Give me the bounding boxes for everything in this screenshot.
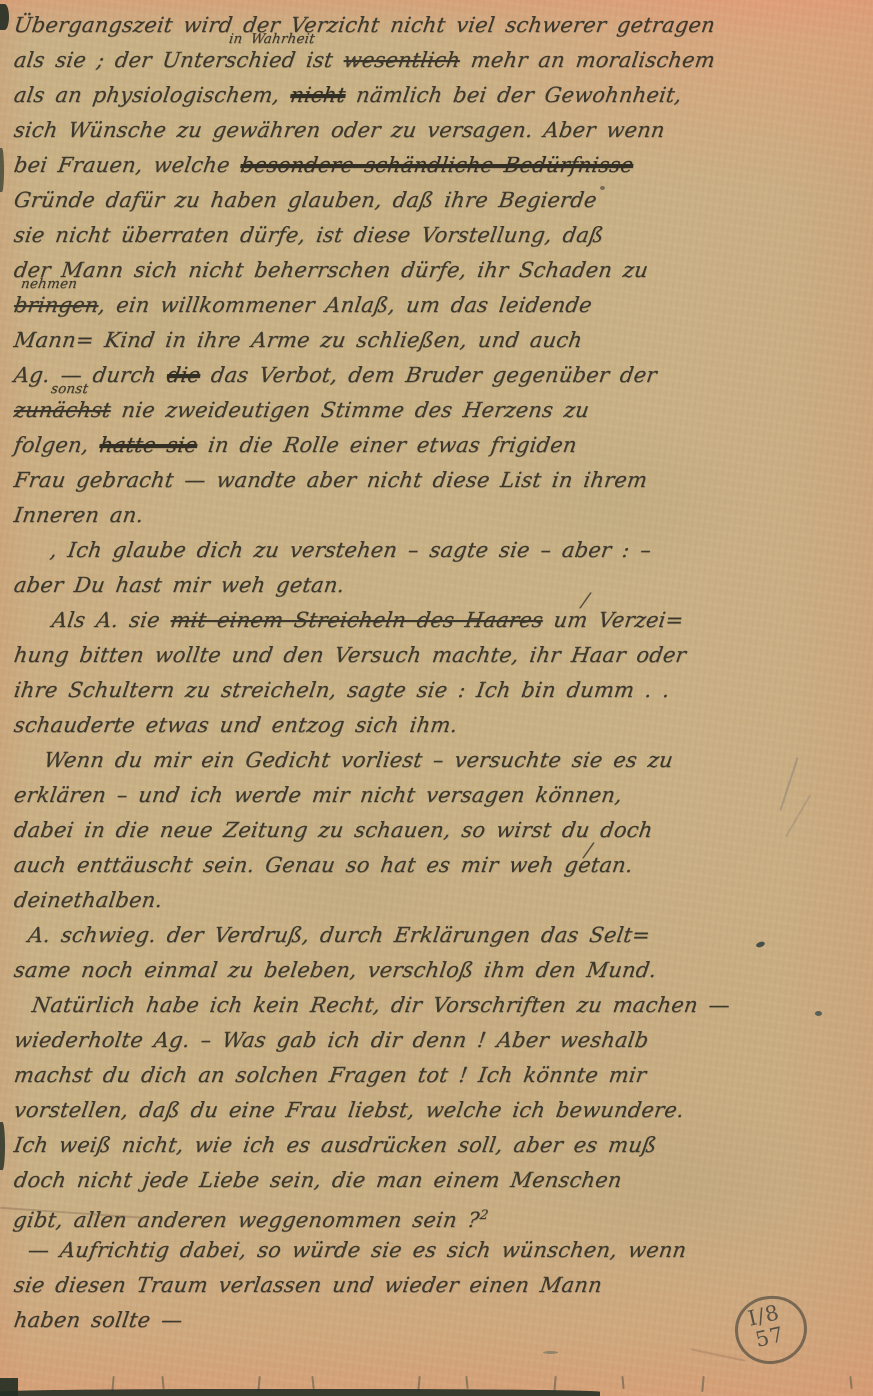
handwritten-text: nämlich bei der Gewohnheit,	[344, 83, 684, 107]
pencil-tick-mark	[465, 1376, 468, 1389]
handwritten-line: Gründe dafür zu haben glauben, daß ihre …	[12, 183, 837, 218]
handwritten-text: Übergangszeit wird der Verzicht nicht vi…	[12, 13, 716, 37]
handwritten-line: wiederholte Ag. – Was gab ich dir denn !…	[12, 1023, 837, 1058]
handwritten-line: aber Du hast mir weh getan.	[12, 568, 837, 603]
handwritten-line: der Mann sich nicht beherrschen dürfe, i…	[12, 253, 837, 288]
interlinear-insertion: nehmen	[20, 278, 78, 291]
handwritten-line: deinethalben.	[12, 883, 837, 918]
handwritten-text: Ich weiß nicht, wie ich es ausdrücken so…	[12, 1133, 658, 1157]
handwritten-line: folgen, hatte sie in die Rolle einer etw…	[12, 428, 837, 463]
handwritten-line: zunächst nie zweideutigen Stimme des Her…	[12, 393, 837, 428]
handwritten-text: doch nicht jede Liebe sein, die man eine…	[12, 1168, 623, 1192]
handwritten-line: Als A. sie mit einem Streicheln des Haar…	[12, 603, 837, 638]
handwritten-text: bei Frauen, welche	[12, 153, 242, 177]
scan-edge-artifact	[0, 1389, 600, 1396]
handwritten-text: Ag. — durch	[12, 363, 168, 387]
handwritten-text: , ein willkommener Anlaß, um das leidend…	[97, 293, 594, 317]
interlinear-insertion: sonst	[50, 383, 89, 396]
pencil-tick-mark	[311, 1376, 314, 1389]
handwritten-line: sich Wünsche zu gewähren oder zu versage…	[12, 113, 837, 148]
handwritten-text: auch enttäuscht sein. Genau so hat es mi…	[12, 853, 634, 877]
handwritten-line: Ich weiß nicht, wie ich es ausdrücken so…	[12, 1128, 837, 1163]
handwritten-line: Inneren an.	[12, 498, 837, 533]
struck-text: hatte sie	[98, 433, 199, 457]
paper-speck	[600, 186, 605, 190]
scan-edge-artifact	[0, 1122, 5, 1170]
interlinear-insertion: in Wahrheit	[228, 33, 316, 46]
handwritten-text: als an physiologischem,	[12, 83, 292, 107]
struck-text: besondere schändliche Bedürfnisse	[239, 153, 635, 177]
handwritten-line: Übergangszeit wird der Verzicht nicht vi…	[12, 8, 837, 43]
handwritten-line: bei Frauen, welche besondere schändliche…	[12, 148, 837, 183]
handwritten-text: dabei in die neue Zeitung zu schauen, so…	[12, 818, 654, 842]
handwritten-text: folgen,	[12, 433, 101, 457]
struck-text: wesentlich	[342, 48, 462, 72]
handwritten-text: same noch einmal zu beleben, verschloß i…	[12, 958, 658, 982]
struck-text: mit einem Streicheln des Haares	[169, 608, 545, 632]
handwritten-line: hung bitten wollte und den Versuch macht…	[12, 638, 837, 673]
handwritten-line: doch nicht jede Liebe sein, die man eine…	[12, 1163, 837, 1198]
struck-text: nicht	[289, 83, 347, 107]
handwritten-text: nie zweideutigen Stimme des Herzens zu	[109, 398, 591, 422]
handwritten-line: ihre Schultern zu streicheln, sagte sie …	[12, 673, 837, 708]
struck-text: zunächst	[12, 398, 112, 422]
handwritten-text: schauderte etwas und entzog sich ihm.	[12, 713, 459, 737]
handwritten-line: sie diesen Traum verlassen und wieder ei…	[12, 1268, 837, 1303]
handwritten-text: vorstellen, daß du eine Frau liebst, wel…	[12, 1098, 685, 1122]
handwritten-line: A. schwieg. der Verdruß, durch Erklärung…	[12, 918, 837, 953]
handwritten-text: der Mann sich nicht beherrschen dürfe, i…	[12, 258, 649, 282]
handwritten-line: sie nicht überraten dürfe, ist diese Vor…	[12, 218, 837, 253]
paper-crease	[690, 1348, 745, 1362]
handwritten-line: Wenn du mir ein Gedicht vorliest – versu…	[12, 743, 837, 778]
handwritten-text: sie nicht überraten dürfe, ist diese Vor…	[12, 223, 605, 247]
handwritten-text: hung bitten wollte und den Versuch macht…	[12, 643, 687, 667]
handwritten-line: schauderte etwas und entzog sich ihm.	[12, 708, 837, 743]
handwritten-line: als sie ; der Unterschied ist wesentlich…	[12, 43, 837, 78]
handwritten-text: sich Wünsche zu gewähren oder zu versage…	[12, 118, 666, 142]
handwritten-text: Frau gebracht — wandte aber nicht diese …	[12, 468, 649, 492]
pencil-tick-mark	[701, 1376, 704, 1392]
scan-edge-artifact	[0, 148, 4, 192]
handwritten-line: same noch einmal zu beleben, verschloß i…	[12, 953, 837, 988]
paper-speck	[815, 1011, 822, 1016]
handwritten-line: dabei in die neue Zeitung zu schauen, so…	[12, 813, 837, 848]
handwritten-text: um Verzei=	[541, 608, 685, 632]
handwritten-text: haben sollte —	[12, 1308, 184, 1332]
pencil-tick-mark	[621, 1376, 624, 1389]
handwritten-text: Wenn du mir ein Gedicht vorliest – versu…	[42, 748, 674, 772]
handwritten-text: Als A. sie	[50, 608, 172, 632]
handwritten-line: Frau gebracht — wandte aber nicht diese …	[12, 463, 837, 498]
handwritten-text: ihre Schultern zu streicheln, sagte sie …	[12, 678, 671, 702]
handwritten-line: Mann= Kind in ihre Arme zu schließen, un…	[12, 323, 837, 358]
handwritten-text: Mann= Kind in ihre Arme zu schließen, un…	[12, 328, 584, 352]
handwritten-line: — Aufrichtig dabei, so würde sie es sich…	[12, 1233, 837, 1268]
handwritten-text: das Verbot, dem Bruder gegenüber der	[199, 363, 659, 387]
handwritten-text: Natürlich habe ich kein Recht, dir Vorsc…	[30, 993, 731, 1017]
handwritten-text: machst du dich an solchen Fragen tot ! I…	[12, 1063, 648, 1087]
handwritten-line: machst du dich an solchen Fragen tot ! I…	[12, 1058, 837, 1093]
handwritten-line: haben sollte —	[12, 1303, 837, 1338]
handwritten-text: Gründe dafür zu haben glauben, daß ihre …	[12, 188, 598, 212]
superscript-mark: 2	[479, 1208, 490, 1223]
handwritten-text: Inneren an.	[12, 503, 145, 527]
struck-text: die	[165, 363, 202, 387]
handwritten-text: ‚ Ich glaube dich zu verstehen – sagte s…	[48, 538, 652, 562]
handwritten-text: wiederholte Ag. – Was gab ich dir denn !…	[12, 1028, 650, 1052]
handwritten-text: in die Rolle einer etwas frigiden	[196, 433, 579, 457]
handwritten-text: A. schwieg. der Verdruß, durch Erklärung…	[26, 923, 651, 947]
scan-edge-artifact	[0, 4, 9, 30]
paper-speck	[543, 1351, 558, 1354]
handwritten-line: als an physiologischem, nicht nämlich be…	[12, 78, 837, 113]
handwritten-line: vorstellen, daß du eine Frau liebst, wel…	[12, 1093, 837, 1128]
handwritten-line: erklären – und ich werde mir nicht versa…	[12, 778, 837, 813]
handwritten-line: ‚ Ich glaube dich zu verstehen – sagte s…	[12, 533, 837, 568]
handwritten-text: mehr an moralischem	[458, 48, 716, 72]
struck-text: bringen	[12, 293, 100, 317]
handwritten-text: erklären – und ich werde mir nicht versa…	[12, 783, 623, 807]
manuscript-text-block: Übergangszeit wird der Verzicht nicht vi…	[14, 8, 834, 1338]
handwritten-text: aber Du hast mir weh getan.	[12, 573, 346, 597]
handwritten-text: deinethalben.	[12, 888, 164, 912]
stamp-bottom-text: 57	[753, 1322, 786, 1352]
pencil-tick-mark	[849, 1376, 852, 1389]
manuscript-page: Übergangszeit wird der Verzicht nicht vi…	[0, 0, 873, 1396]
handwritten-line: auch enttäuscht sein. Genau so hat es mi…	[12, 848, 837, 883]
handwritten-text: — Aufrichtig dabei, so würde sie es sich…	[26, 1238, 688, 1262]
handwritten-text: als sie ; der Unterschied ist	[12, 48, 345, 72]
handwritten-line: Natürlich habe ich kein Recht, dir Vorsc…	[12, 988, 837, 1023]
handwritten-line: bringen, ein willkommener Anlaß, um das …	[12, 288, 837, 323]
handwritten-text: sie diesen Traum verlassen und wieder ei…	[12, 1273, 603, 1297]
handwritten-line: Ag. — durch die das Verbot, dem Bruder g…	[12, 358, 837, 393]
pencil-tick-mark	[161, 1376, 164, 1389]
